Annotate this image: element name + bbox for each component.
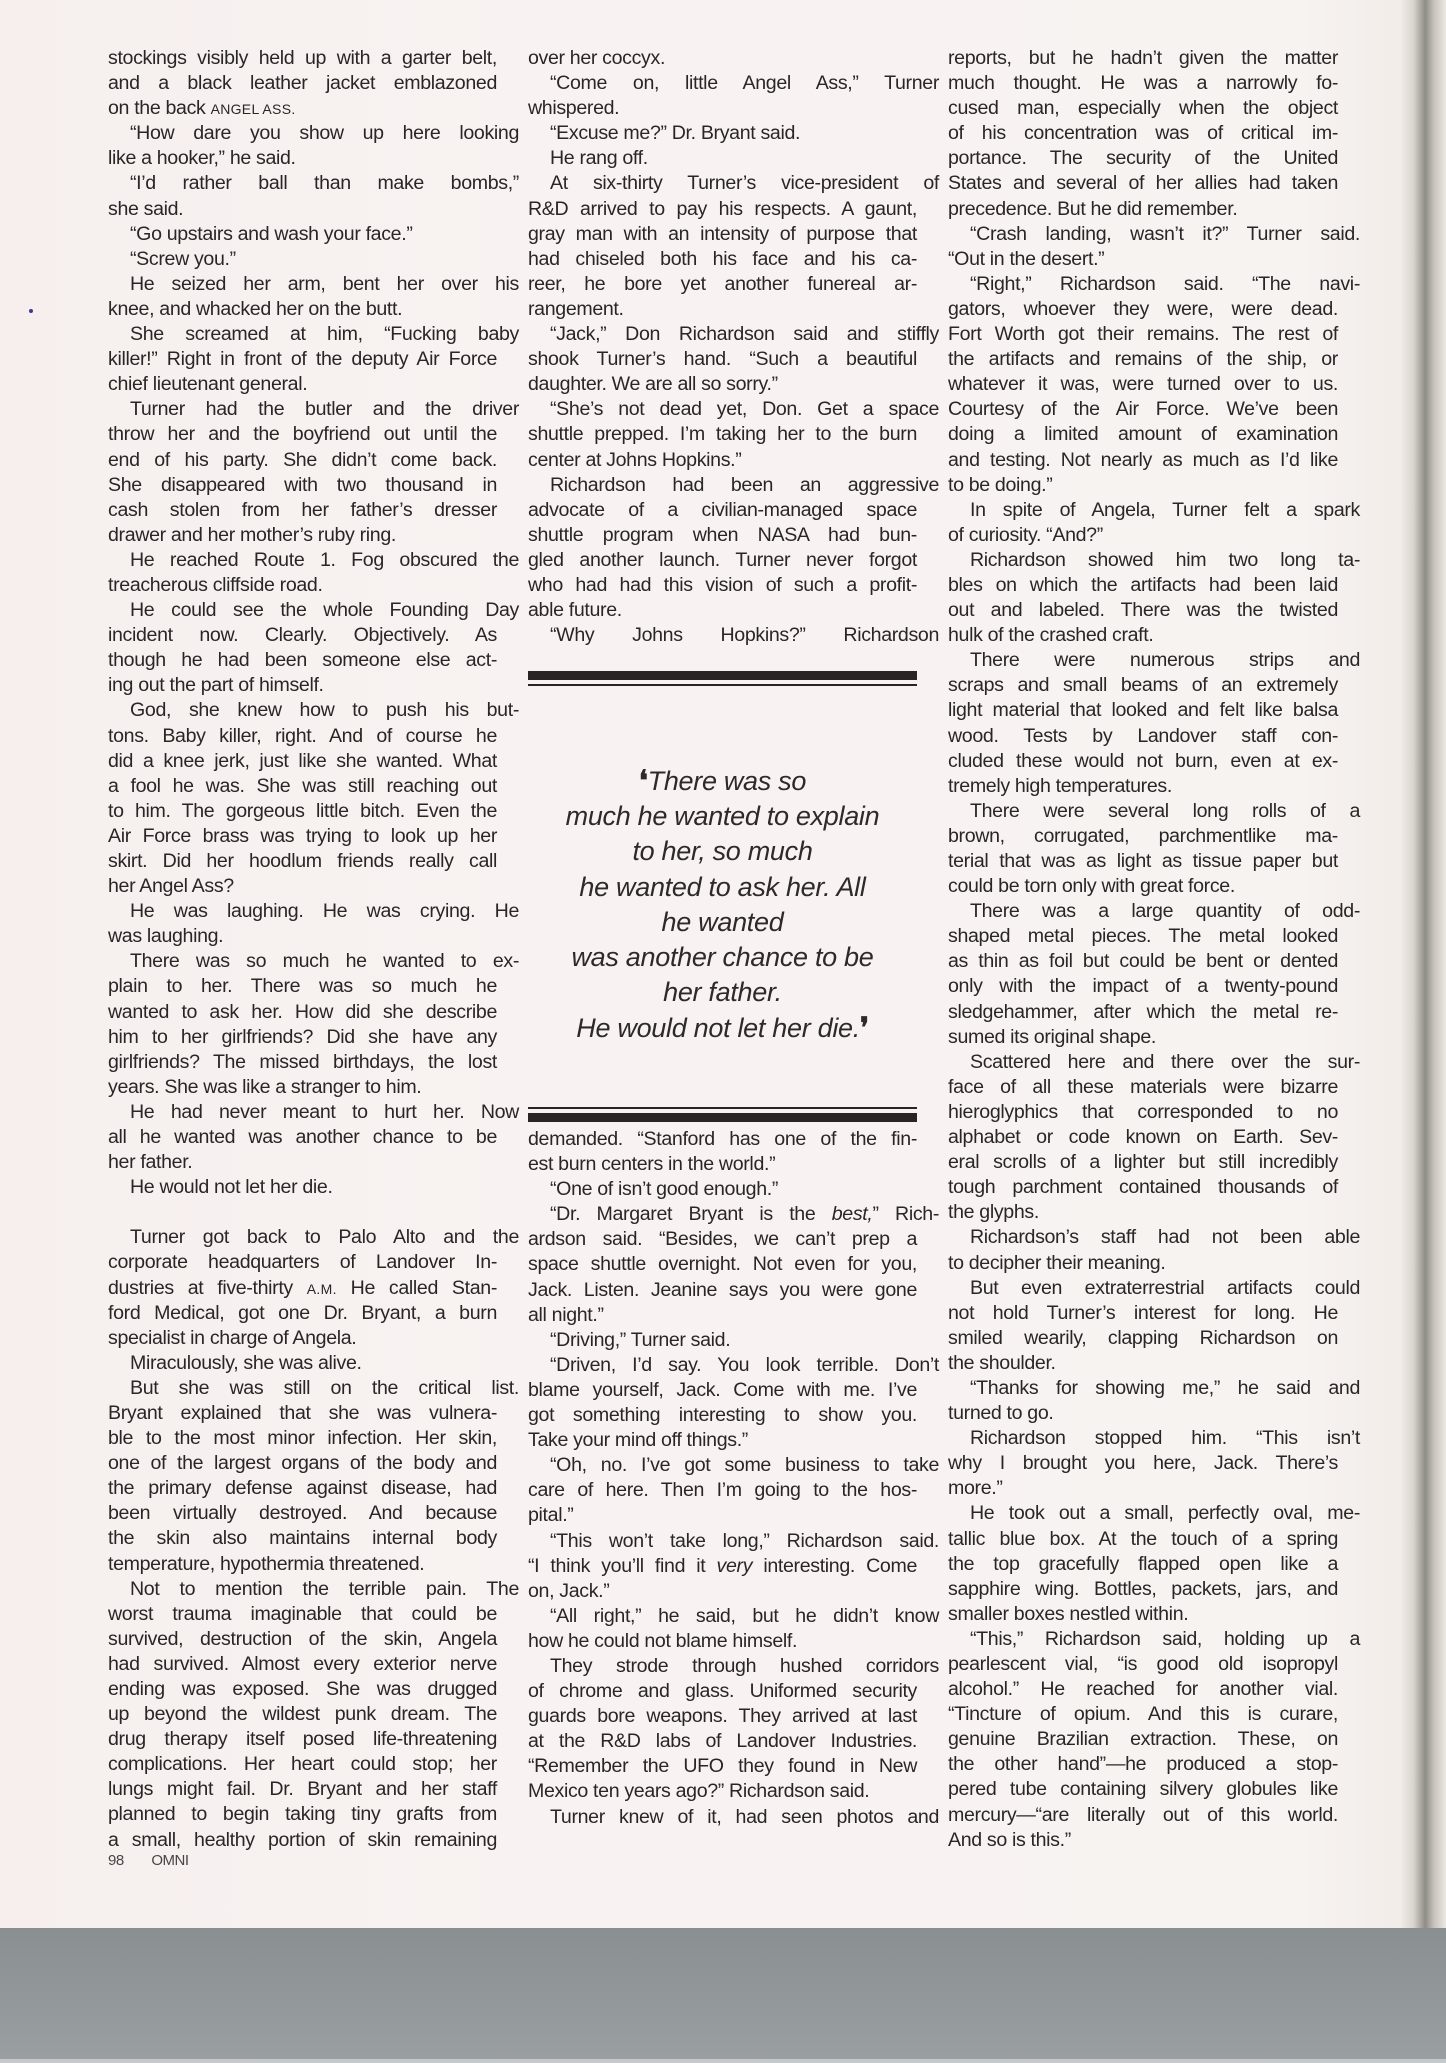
text-line: gators, whoever they were, were dead. xyxy=(948,297,1338,322)
pull-quote: ❛There was so much he wanted to explain … xyxy=(528,671,917,1123)
text-line: ardson said. “Besides, we can’t prep a xyxy=(528,1227,917,1252)
text-line: the other hand”—he produced a stop- xyxy=(948,1752,1338,1777)
text-line: had survived. Almost every exterior nerv… xyxy=(108,1652,497,1677)
text-line: Courtesy of the Air Force. We’ve been xyxy=(948,397,1338,422)
pull-quote-line: ❛There was so xyxy=(528,763,917,799)
text-line: whatever it was, were turned over to us. xyxy=(948,372,1338,397)
text-line: advocate of a civilian-managed space xyxy=(528,498,917,523)
text-line: to decipher their meaning. xyxy=(948,1251,1338,1276)
text-line: tremely high temperatures. xyxy=(948,774,1338,799)
text-line: “She’s not dead yet, Don. Get a space xyxy=(528,397,939,422)
text-line: all night.” xyxy=(528,1303,917,1328)
text-line: over her coccyx. xyxy=(528,46,917,71)
text-line: There were numerous strips and xyxy=(948,648,1360,673)
text-line: “Out in the desert.” xyxy=(948,247,1338,272)
text-line: “Driven, I’d say. You look terrible. Don… xyxy=(528,1353,939,1378)
text-line: smiled wearily, clapping Richardson on xyxy=(948,1326,1338,1351)
page-footer: 98 OMNI xyxy=(108,1852,213,1869)
text-line: could be torn only with great force. xyxy=(948,874,1338,899)
text-line: Richardson stopped him. “This isn’t xyxy=(948,1426,1360,1451)
text-line: portance. The security of the United xyxy=(948,146,1338,171)
text-line: wanted to ask her. How did she describe xyxy=(108,1000,497,1025)
text-line: doing a limited amount of examination xyxy=(948,422,1338,447)
text-line: R&D arrived to pay his respects. A gaunt… xyxy=(528,197,917,222)
rule-thick-bottom xyxy=(528,1113,917,1122)
text-line: center at Johns Hopkins.” xyxy=(528,448,917,473)
text-line: “I’d rather ball than make bombs,” xyxy=(108,171,519,196)
text-line: At six-thirty Turner’s vice-president of xyxy=(528,171,939,196)
text-line: Bryant explained that she was vulnera- xyxy=(108,1401,497,1426)
text-line: at the R&D labs of Landover Industries. xyxy=(528,1729,917,1754)
text-line: sumed its original shape. xyxy=(948,1025,1338,1050)
text-line: She screamed at him, “Fucking baby xyxy=(108,322,519,347)
text-line: though he had been someone else act- xyxy=(108,648,497,673)
text-line: and testing. Not nearly as much as I’d l… xyxy=(948,448,1338,473)
text-line: more.” xyxy=(948,1476,1338,1501)
text-line: survived, destruction of the skin, Angel… xyxy=(108,1627,497,1652)
rule-thin-top xyxy=(528,684,917,686)
text-line: only with the impact of a twenty-pound xyxy=(948,974,1338,999)
text-line: “Oh, no. I’ve got some business to take xyxy=(528,1453,939,1478)
text-line: And so is this.” xyxy=(948,1828,1338,1853)
text-line: space shuttle overnight. Not even for yo… xyxy=(528,1252,917,1277)
text-line: not hold Turner’s interest for long. He xyxy=(948,1301,1338,1326)
text-line: Turner had the butler and the driver xyxy=(108,397,519,422)
text-line: terial that was as light as tissue paper… xyxy=(948,849,1338,874)
text-line: plain to her. There was so much he xyxy=(108,974,497,999)
text-line: Air Force brass was trying to look up he… xyxy=(108,824,497,849)
pull-quote-line: He would not let her die.❜ xyxy=(528,1010,917,1046)
pull-quote-line: he wanted to ask her. All xyxy=(528,870,917,905)
text-line: care of here. Then I’m going to the hos- xyxy=(528,1478,917,1503)
text-line: dustries at five-thirty A.M. He called S… xyxy=(108,1276,497,1301)
text-line: incident now. Clearly. Objectively. As xyxy=(108,623,497,648)
text-line: He seized her arm, bent her over his xyxy=(108,272,519,297)
text-line: the artifacts and remains of the ship, o… xyxy=(948,347,1338,372)
text-line: corporate headquarters of Landover In- xyxy=(108,1250,497,1275)
publication-name: OMNI xyxy=(151,1852,188,1869)
text-line: out and labeled. There was the twisted xyxy=(948,598,1338,623)
text-line: pital.” xyxy=(528,1503,917,1528)
text-line: reer, he bore yet another funereal ar- xyxy=(528,272,917,297)
text-line: Richardson had been an aggressive xyxy=(528,473,939,498)
open-quote-icon: ❛ xyxy=(639,765,648,796)
text-line: “Screw you.” xyxy=(108,247,519,272)
text-line: Scattered here and there over the sur- xyxy=(948,1050,1360,1075)
text-line: mercury—“are literally out of this world… xyxy=(948,1803,1338,1828)
text-line: cused man, especially when the object xyxy=(948,96,1338,121)
text-line: guards bore weapons. They arrived at las… xyxy=(528,1704,917,1729)
text-line: “One of isn’t good enough.” xyxy=(528,1177,939,1202)
text-line: much thought. He was a narrowly fo- xyxy=(948,71,1338,96)
text-line: Mexico ten years ago?” Richardson said. xyxy=(528,1779,917,1804)
column-middle-top: over her coccyx.“Come on, little Angel A… xyxy=(528,46,917,648)
text-line: the top gracefully flapped open like a xyxy=(948,1552,1338,1577)
text-line: precedence. But he did remember. xyxy=(948,197,1338,222)
text-line: There was a large quantity of odd- xyxy=(948,899,1360,924)
text-line: “Remember the UFO they found in New xyxy=(528,1754,917,1779)
close-quote-icon: ❜ xyxy=(860,1012,869,1043)
text-line: They strode through hushed corridors xyxy=(528,1654,939,1679)
text-line: chief lieutenant general. xyxy=(108,372,497,397)
text-line: been virtually destroyed. And because xyxy=(108,1501,497,1526)
text-line: cash stolen from her father’s dresser xyxy=(108,498,497,523)
text-line: ford Medical, got one Dr. Bryant, a burn xyxy=(108,1301,497,1326)
text-line: “All right,” he said, but he didn’t know xyxy=(528,1604,939,1629)
text-line: to him. The gorgeous little bitch. Even … xyxy=(108,799,497,824)
text-line: the skin also maintains internal body xyxy=(108,1526,497,1551)
text-line: blame yourself, Jack. Come with me. I’ve xyxy=(528,1378,917,1403)
text-line: “Right,” Richardson said. “The navi- xyxy=(948,272,1360,297)
text-line: rangement. xyxy=(528,297,917,322)
text-line: But even extraterrestrial artifacts coul… xyxy=(948,1276,1360,1301)
text-line: shook Turner’s hand. “Such a beautiful xyxy=(528,347,917,372)
text-line: and a black leather jacket emblazoned xyxy=(108,71,497,96)
text-line: “This won’t take long,” Richardson said. xyxy=(528,1529,939,1554)
text-line: stockings visibly held up with a garter … xyxy=(108,46,497,71)
text-line: end of his party. She didn’t come back. xyxy=(108,448,497,473)
text-line: temperature, hypothermia threatened. xyxy=(108,1552,497,1577)
text-line: brown, corrugated, parchmentlike ma- xyxy=(948,824,1338,849)
text-line: him to her girlfriends? Did she have any xyxy=(108,1025,497,1050)
text-line: “Come on, little Angel Ass,” Turner xyxy=(528,71,939,96)
text-line: In spite of Angela, Turner felt a spark xyxy=(948,498,1360,523)
text-line: cluded these would not burn, even at ex- xyxy=(948,749,1338,774)
text-line: her Angel Ass? xyxy=(108,874,497,899)
text-line: “Go upstairs and wash your face.” xyxy=(108,222,519,247)
text-line: He rang off. xyxy=(528,146,939,171)
text-line: scraps and small beams of an extremely xyxy=(948,673,1338,698)
text-line: wood. Tests by Landover staff con- xyxy=(948,724,1338,749)
text-line: up beyond the wildest punk dream. The xyxy=(108,1702,497,1727)
magazine-page: stockings visibly held up with a garter … xyxy=(0,0,1446,1928)
page-number: 98 xyxy=(108,1852,124,1869)
text-line: years. She was like a stranger to him. xyxy=(108,1075,497,1100)
text-line: “Crash landing, wasn’t it?” Turner said. xyxy=(948,222,1360,247)
text-line: pearlescent vial, “is good old isopropyl xyxy=(948,1652,1338,1677)
ink-speck xyxy=(29,309,33,313)
text-line: treacherous cliffside road. xyxy=(108,573,497,598)
text-line: to be doing.” xyxy=(948,473,1338,498)
text-line: had chiseled both his face and his ca- xyxy=(528,247,917,272)
text-line: complications. Her heart could stop; her xyxy=(108,1752,497,1777)
text-line: able future. xyxy=(528,598,917,623)
text-line: “How dare you show up here looking xyxy=(108,121,519,146)
text-line: Richardson’s staff had not been able xyxy=(948,1225,1360,1250)
text-line: the primary defense against disease, had xyxy=(108,1476,497,1501)
text-line: the shoulder. xyxy=(948,1351,1338,1376)
text-line: alphabet or code known on Earth. Sev- xyxy=(948,1125,1338,1150)
text-line: specialist in charge of Angela. xyxy=(108,1326,497,1351)
text-line: girlfriends? The missed birthdays, the l… xyxy=(108,1050,497,1075)
page-binding-shadow xyxy=(1400,0,1446,1928)
text-line: pered tube containing silvery globules l… xyxy=(948,1777,1338,1802)
text-line: Miraculously, she was alive. xyxy=(108,1351,519,1376)
text-line: why I brought you here, Jack. There’s xyxy=(948,1451,1338,1476)
pull-quote-line: much he wanted to explain xyxy=(528,799,917,834)
text-line: smaller boxes nestled within. xyxy=(948,1602,1338,1627)
text-line: Jack. Listen. Jeanine says you were gone xyxy=(528,1278,917,1303)
text-line: drug therapy itself posed life-threateni… xyxy=(108,1727,497,1752)
text-line: of chrome and glass. Uniformed security xyxy=(528,1679,917,1704)
text-line: States and several of her allies had tak… xyxy=(948,171,1338,196)
text-line: did a knee jerk, just like she wanted. W… xyxy=(108,749,497,774)
text-line: But she was still on the critical list. xyxy=(108,1376,519,1401)
text-line: whispered. xyxy=(528,96,917,121)
text-line: gled another launch. Turner never forgot xyxy=(528,548,917,573)
text-line: bles on which the artifacts had been lai… xyxy=(948,573,1338,598)
text-line: turned to go. xyxy=(948,1401,1338,1426)
text-line: “Dr. Margaret Bryant is the best,” Rich- xyxy=(528,1202,939,1227)
text-line: Turner got back to Palo Alto and the xyxy=(108,1225,519,1250)
text-line: “Driving,” Turner said. xyxy=(528,1328,939,1353)
text-line: the glyphs. xyxy=(948,1200,1338,1225)
text-line: genuine Brazilian extraction. These, on xyxy=(948,1727,1338,1752)
rule-thick-top xyxy=(528,671,917,680)
text-line: shuttle program when NASA had bun- xyxy=(528,523,917,548)
text-line: He reached Route 1. Fog obscured the xyxy=(108,548,519,573)
pull-quote-text: ❛There was so much he wanted to explain … xyxy=(528,763,917,1047)
text-line: He took out a small, perfectly oval, me- xyxy=(948,1501,1360,1526)
text-line: how he could not blame himself. xyxy=(528,1629,917,1654)
text-line: light material that looked and felt like… xyxy=(948,698,1338,723)
column-left: stockings visibly held up with a garter … xyxy=(108,46,497,1853)
text-line: all he wanted was another chance to be xyxy=(108,1125,497,1150)
text-line: who had had this vision of such a profit… xyxy=(528,573,917,598)
text-line: worst trauma imaginable that could be xyxy=(108,1602,497,1627)
text-line: gray man with an intensity of purpose th… xyxy=(528,222,917,247)
text-line: shuttle prepped. I’m taking her to the b… xyxy=(528,422,917,447)
pull-quote-line: was another chance to be xyxy=(528,940,917,975)
text-line: “Excuse me?” Dr. Bryant said. xyxy=(528,121,939,146)
text-line: tons. Baby killer, right. And of course … xyxy=(108,724,497,749)
text-line: daughter. We are all so sorry.” xyxy=(528,372,917,397)
text-line: hulk of the crashed craft. xyxy=(948,623,1338,648)
text-line: She disappeared with two thousand in xyxy=(108,473,497,498)
text-line: He was laughing. He was crying. He xyxy=(108,899,519,924)
text-line: killer!” Right in front of the deputy Ai… xyxy=(108,347,497,372)
text-line: shaped metal pieces. The metal looked xyxy=(948,924,1338,949)
text-line: Fort Worth got their remains. The rest o… xyxy=(948,322,1338,347)
text-line: tallic blue box. At the touch of a sprin… xyxy=(948,1527,1338,1552)
text-line: one of the largest organs of the body an… xyxy=(108,1451,497,1476)
text-line: “This,” Richardson said, holding up a xyxy=(948,1627,1360,1652)
text-line: lungs might fail. Dr. Bryant and her sta… xyxy=(108,1777,497,1802)
text-line: ending was exposed. She was drugged xyxy=(108,1677,497,1702)
text-line: as thin as foil but could be bent or den… xyxy=(948,949,1338,974)
text-line: was laughing. xyxy=(108,924,497,949)
text-line: There was so much he wanted to ex- xyxy=(108,949,519,974)
pull-quote-line: to her, so much xyxy=(528,834,917,869)
text-line: “Thanks for showing me,” he said and xyxy=(948,1376,1360,1401)
text-line: “Why Johns Hopkins?” Richardson xyxy=(528,623,939,648)
text-line: a small, healthy portion of skin remaini… xyxy=(108,1828,497,1853)
text-line: demanded. “Stanford has one of the fin- xyxy=(528,1127,917,1152)
text-line: ble to the most minor infection. Her ski… xyxy=(108,1426,497,1451)
pull-quote-line: her father. xyxy=(528,975,917,1010)
text-line: ing out the part of himself. xyxy=(108,673,497,698)
text-line: on, Jack.” xyxy=(528,1579,917,1604)
text-line: tough parchment contained thousands of xyxy=(948,1175,1338,1200)
text-line: on the back ANGEL ASS. xyxy=(108,96,497,121)
column-right: reports, but he hadn’t given the matterm… xyxy=(948,46,1338,1853)
text-line: hieroglyphics that corresponded to no xyxy=(948,1100,1338,1125)
text-line: He had never meant to hurt her. Now xyxy=(108,1100,519,1125)
text-line: est burn centers in the world.” xyxy=(528,1152,917,1177)
text-line: He would not let her die. xyxy=(108,1175,519,1200)
text-line: Turner knew of it, had seen photos and xyxy=(528,1805,939,1830)
text-line: Not to mention the terrible pain. The xyxy=(108,1577,519,1602)
text-line: sapphire wing. Bottles, packets, jars, a… xyxy=(948,1577,1338,1602)
text-line: of curiosity. “And?” xyxy=(948,523,1338,548)
text-line: she said. xyxy=(108,197,497,222)
text-line: drawer and her mother’s ruby ring. xyxy=(108,523,497,548)
text-line: “Tincture of opium. And this is curare, xyxy=(948,1702,1338,1727)
column-middle-bottom: demanded. “Stanford has one of the fin-e… xyxy=(528,1127,917,1830)
pull-quote-line: he wanted xyxy=(528,905,917,940)
text-line: There were several long rolls of a xyxy=(948,799,1360,824)
text-line: eral scrolls of a lighter but still incr… xyxy=(948,1150,1338,1175)
text-line: sledgehammer, after which the metal re- xyxy=(948,1000,1338,1025)
text-line: God, she knew how to push his but- xyxy=(108,698,519,723)
text-line: reports, but he hadn’t given the matter xyxy=(948,46,1338,71)
text-line: of his concentration was of critical im- xyxy=(948,121,1338,146)
text-line: got something interesting to show you. xyxy=(528,1403,917,1428)
text-line: knee, and whacked her on the butt. xyxy=(108,297,497,322)
text-line: a fool he was. She was still reaching ou… xyxy=(108,774,497,799)
text-line: throw her and the boyfriend out until th… xyxy=(108,422,497,447)
text-line: like a hooker,” he said. xyxy=(108,146,497,171)
rule-thin-bottom xyxy=(528,1107,917,1109)
text-line: “I think you’ll find it very interesting… xyxy=(528,1554,917,1579)
text-line: skirt. Did her hoodlum friends really ca… xyxy=(108,849,497,874)
text-line: planned to begin taking tiny grafts from xyxy=(108,1802,497,1827)
scanner-background xyxy=(0,1928,1446,2063)
text-line: her father. xyxy=(108,1150,497,1175)
text-line: “Jack,” Don Richardson said and stiffly xyxy=(528,322,939,347)
text-line: face of all these materials were bizarre xyxy=(948,1075,1338,1100)
text-line: He could see the whole Founding Day xyxy=(108,598,519,623)
text-line: Richardson showed him two long ta- xyxy=(948,548,1360,573)
text-line: Take your mind off things.” xyxy=(528,1428,917,1453)
text-line: alcohol.” He reached for another vial. xyxy=(948,1677,1338,1702)
